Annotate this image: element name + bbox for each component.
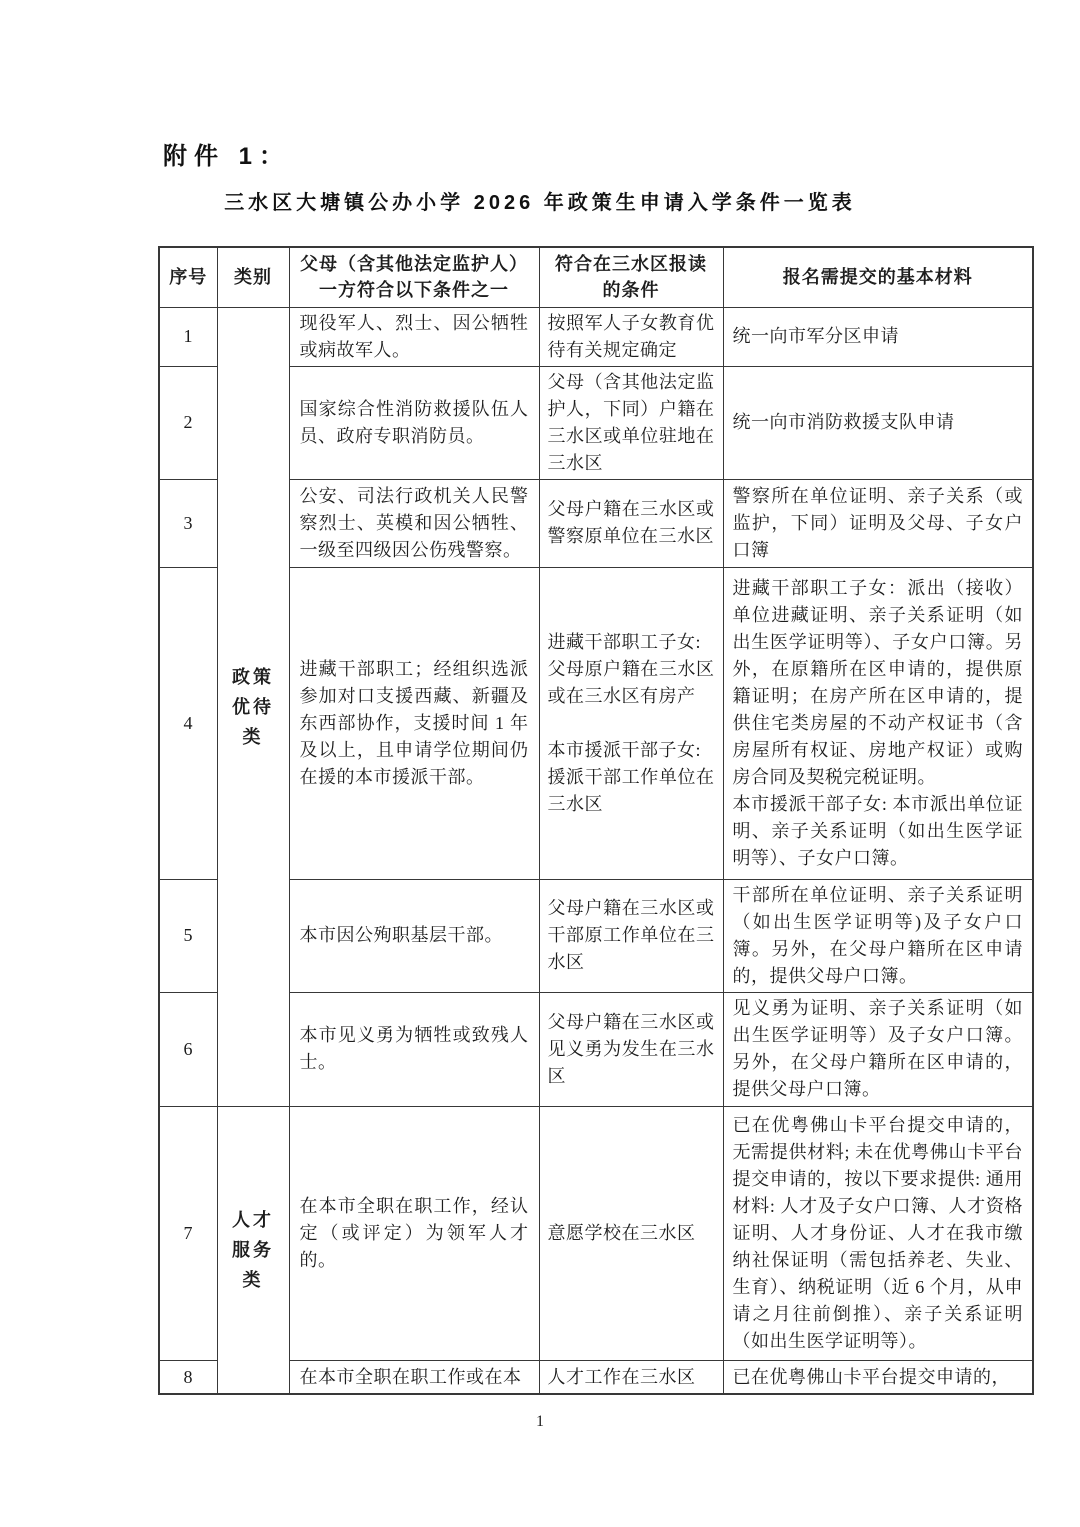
attachment-label: 附件 1： — [163, 136, 290, 171]
serial-cell: 7 — [159, 1106, 217, 1360]
condition-cell: 在本市全职在职工作或在本 — [289, 1360, 539, 1394]
local-condition-cell: 按照军人子女教育优待有关规定确定 — [539, 307, 723, 366]
table-row-4: 4 进藏干部职工；经组织选派参加对口支援西藏、新疆及东西部协作，支援时间 1 年… — [159, 567, 1033, 879]
table-row-5: 5 本市因公殉职基层干部。 父母户籍在三水区或干部原工作单位在三水区 干部所在单… — [159, 879, 1033, 992]
materials-cell: 已在优粤佛山卡平台提交申请的， — [723, 1360, 1033, 1394]
document-page: { "page": { "attachment_label": "附件 1：",… — [0, 0, 1080, 1527]
header-cell-parent-condition: 父母（含其他法定监护人） 一方符合以下条件之一 — [289, 247, 539, 307]
table-row-2: 2 国家综合性消防救援队伍人员、政府专职消防员。 父母（含其他法定监护人，下同）… — [159, 366, 1033, 479]
materials-cell: 进藏干部职工子女：派出（接收）单位进藏证明、亲子关系证明（如出生医学证明等）、子… — [723, 567, 1033, 879]
header-cell-local-condition: 符合在三水区报读 的条件 — [539, 247, 723, 307]
condition-cell: 本市因公殉职基层干部。 — [289, 879, 539, 992]
document-title: 三水区大塘镇公办小学 2026 年政策生申请入学条件一览表 — [0, 186, 1080, 215]
local-condition-cell: 人才工作在三水区 — [539, 1360, 723, 1394]
materials-cell: 统一向市消防救援支队申请 — [723, 366, 1033, 479]
table-row-1: 1 政策 优待 类 现役军人、烈士、因公牺牲或病故军人。 按照军人子女教育优待有… — [159, 307, 1033, 366]
local-condition-cell: 意愿学校在三水区 — [539, 1106, 723, 1360]
local-condition-cell: 父母户籍在三水区或干部原工作单位在三水区 — [539, 879, 723, 992]
condition-cell: 在本市全职在职工作，经认定（或评定）为领军人才的。 — [289, 1106, 539, 1360]
condition-cell: 本市见义勇为牺牲或致残人士。 — [289, 992, 539, 1106]
serial-cell: 2 — [159, 366, 217, 479]
category-cell-talent: 人才 服务 类 — [217, 1106, 289, 1394]
local-condition-cell: 父母（含其他法定监护人，下同）户籍在三水区或单位驻地在三水区 — [539, 366, 723, 479]
table-row-3: 3 公安、司法行政机关人民警察烈士、英模和因公牺牲、一级至四级因公伤残警察。 父… — [159, 479, 1033, 567]
admission-conditions-table: 序号 类别 父母（含其他法定监护人） 一方符合以下条件之一 符合在三水区报读 的… — [158, 246, 1034, 1395]
serial-cell: 8 — [159, 1360, 217, 1394]
table-row-7: 7 人才 服务 类 在本市全职在职工作，经认定（或评定）为领军人才的。 意愿学校… — [159, 1106, 1033, 1360]
category-cell-policy: 政策 优待 类 — [217, 307, 289, 1106]
serial-cell: 1 — [159, 307, 217, 366]
table-header-row: 序号 类别 父母（含其他法定监护人） 一方符合以下条件之一 符合在三水区报读 的… — [159, 247, 1033, 307]
materials-cell: 见义勇为证明、亲子关系证明（如出生医学证明等）及子女户口簿。另外，在父母户籍所在… — [723, 992, 1033, 1106]
local-condition-cell: 父母户籍在三水区或见义勇为发生在三水区 — [539, 992, 723, 1106]
serial-cell: 3 — [159, 479, 217, 567]
condition-cell: 公安、司法行政机关人民警察烈士、英模和因公牺牲、一级至四级因公伤残警察。 — [289, 479, 539, 567]
table-row-6: 6 本市见义勇为牺牲或致残人士。 父母户籍在三水区或见义勇为发生在三水区 见义勇… — [159, 992, 1033, 1106]
header-cell-materials: 报名需提交的基本材料 — [723, 247, 1033, 307]
serial-cell: 4 — [159, 567, 217, 879]
materials-cell: 干部所在单位证明、亲子关系证明（如出生医学证明等)及子女户口簿。另外，在父母户籍… — [723, 879, 1033, 992]
header-cell-category: 类别 — [217, 247, 289, 307]
condition-cell: 进藏干部职工；经组织选派参加对口支援西藏、新疆及东西部协作，支援时间 1 年及以… — [289, 567, 539, 879]
header-cell-serial: 序号 — [159, 247, 217, 307]
materials-cell: 警察所在单位证明、亲子关系（或监护，下同）证明及父母、子女户口簿 — [723, 479, 1033, 567]
local-condition-cell: 父母户籍在三水区或警察原单位在三水区 — [539, 479, 723, 567]
table-row-8: 8 在本市全职在职工作或在本 人才工作在三水区 已在优粤佛山卡平台提交申请的， — [159, 1360, 1033, 1394]
condition-cell: 现役军人、烈士、因公牺牲或病故军人。 — [289, 307, 539, 366]
condition-cell: 国家综合性消防救援队伍人员、政府专职消防员。 — [289, 366, 539, 479]
materials-cell: 统一向市军分区申请 — [723, 307, 1033, 366]
local-condition-cell: 进藏干部职工子女: 父母原户籍在三水区或在三水区有房产 本市援派干部子女: 援派… — [539, 567, 723, 879]
serial-cell: 5 — [159, 879, 217, 992]
page-number: 1 — [0, 1413, 1080, 1431]
materials-cell: 已在优粤佛山卡平台提交申请的，无需提供材料; 未在优粤佛山卡平台提交申请的，按以… — [723, 1106, 1033, 1360]
serial-cell: 6 — [159, 992, 217, 1106]
